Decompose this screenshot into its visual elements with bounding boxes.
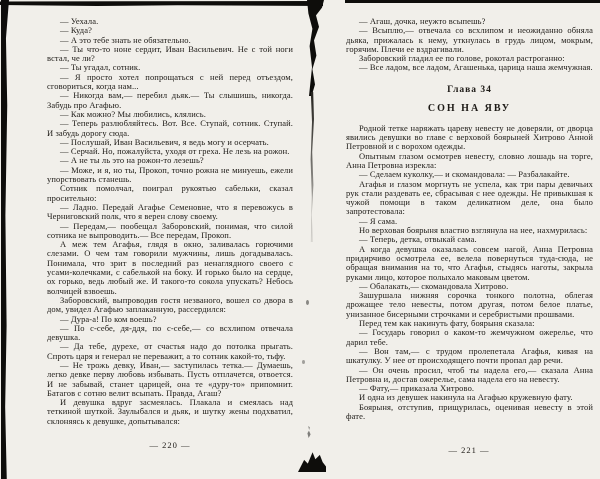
book-scan-spread: { "colors": { "paper": "#f1efea", "ink":… xyxy=(0,0,600,479)
chapter-heading: Глава 34 xyxy=(346,85,593,95)
paragraph: А когда девушка оказалась совсем нагой, … xyxy=(346,245,593,282)
paragraph: Агафья и глазом моргнуть не успела, как … xyxy=(346,180,593,217)
paragraph: Сотник помолчал, поиграл рукоятью сабель… xyxy=(47,184,293,203)
paragraph: — По с-себе, дя-ддя, по с-себе,— со всхл… xyxy=(47,324,293,343)
scan-artifact-top-rule-right xyxy=(345,0,600,3)
paragraph: Боярыня, отступив, прищурилась, оценивая… xyxy=(346,403,593,422)
paragraph: Опытным глазом осмотрев невесту, словно … xyxy=(346,152,593,171)
paragraph: — Ты что-то ноне сердит, Иван Васильевич… xyxy=(47,45,293,64)
left-page-text: — Уехала.— Куда?— А это тебе знать не об… xyxy=(47,17,293,426)
left-page-number: — 220 — xyxy=(47,440,293,450)
paragraph: А меж тем Агафья, глядя в окно, заливала… xyxy=(47,240,293,296)
right-page: — Агаш, дочка, неужто всыпешь?— Всыплю,—… xyxy=(346,17,593,421)
paragraph: Заборовский, выпроводив гостя незваного,… xyxy=(47,296,293,315)
scan-artifact-speck xyxy=(307,426,311,438)
left-page: — Уехала.— Куда?— А это тебе знать не об… xyxy=(47,17,293,426)
right-page-number: — 221 — xyxy=(346,445,592,455)
scan-artifact-top-rule-left xyxy=(0,1,323,6)
scan-artifact-corner-blob xyxy=(298,450,326,472)
scan-artifact-left-edge-strip xyxy=(1,0,9,479)
paragraph: — Ладно. Передай Агафье Семеновне, что я… xyxy=(47,203,293,222)
paragraph: — Всыплю,— отвечала со всхлипом и неожид… xyxy=(346,26,593,54)
scan-artifact-gutter-streak xyxy=(310,92,314,242)
paragraph: — Вон там,— с трудом пролепетала Агафья,… xyxy=(346,347,593,366)
paragraph: — Може, и я, но ты, Прокоп, точно рожна … xyxy=(47,166,293,185)
paragraph: — Да тебе, дурехе, от счастья надо до по… xyxy=(47,342,293,361)
paragraph: — Все ладом, все ладом, Агашенька, цариц… xyxy=(346,63,593,72)
scan-artifact-gutter-smudge xyxy=(304,0,324,96)
paragraph: — Я просто хотел попрощаться с ней перед… xyxy=(47,73,293,92)
paragraph: И девушка вдруг засмеялась. Плакала и см… xyxy=(47,398,293,426)
paragraph: — Государь говорил о каком-то жемчужном … xyxy=(346,328,593,347)
right-page-text: Родной тетке наряжать цареву невесту не … xyxy=(346,124,593,422)
paragraph: — Передам,— пообещал Заборовский, понима… xyxy=(47,222,293,241)
paragraph: — Никогда вам,— перебил дьяк.— Ты слышиш… xyxy=(47,91,293,110)
scan-artifact-speck xyxy=(302,360,305,364)
paragraph: — Не трожь девку, Иван,— заступилась тет… xyxy=(47,361,293,398)
paragraph: Зашуршала нижняя сорочка тонкого полотна… xyxy=(346,291,593,319)
paragraph: — Теперь разлюбляйтесь. Вот. Все. Ступай… xyxy=(47,119,293,138)
paragraph: — Он очень просил, чтоб ты надела его,— … xyxy=(346,366,593,385)
paragraph: Родной тетке наряжать цареву невесту не … xyxy=(346,124,593,152)
scan-artifact-speck xyxy=(306,300,309,305)
right-page-intro-text: — Агаш, дочка, неужто всыпешь?— Всыплю,—… xyxy=(346,17,593,73)
chapter-title: СОН НА ЯВУ xyxy=(346,103,593,114)
